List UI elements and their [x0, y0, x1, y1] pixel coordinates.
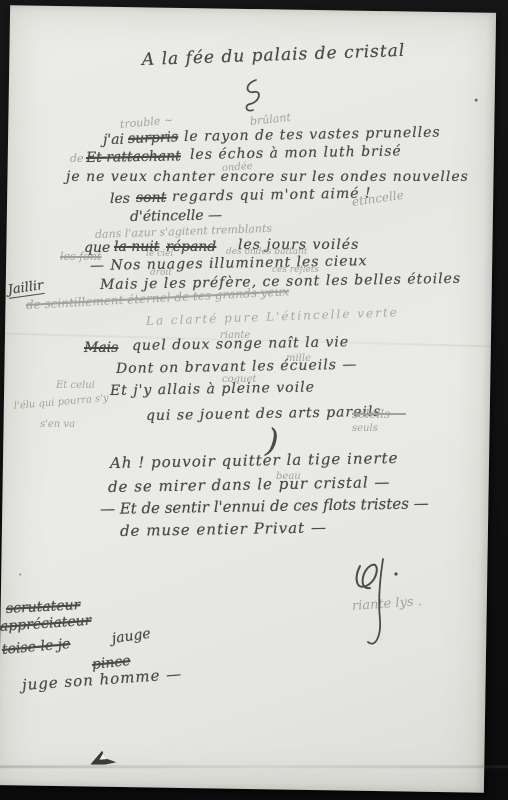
manuscript-line: soleils — — [352, 408, 406, 420]
manuscript-line: s'en va — [40, 420, 75, 430]
manuscript-line: Mais — [84, 341, 118, 355]
manuscript-line: Et rattachant — [86, 149, 181, 165]
paper-tear — [90, 751, 116, 765]
dust-speck — [19, 573, 21, 575]
manuscript-line: les échos à mon luth brisé — [190, 144, 402, 162]
manuscript-line: je ne veux chanter encore sur les ondes … — [66, 170, 469, 184]
manuscript-line: surpris — [128, 130, 179, 146]
manuscript-line: Et j'y allais à pleine voile — [110, 380, 315, 398]
paper-fold-line — [0, 765, 508, 768]
signature-monogram-icon — [346, 554, 412, 656]
manuscript-line: de muse entier Privat — — [120, 520, 327, 539]
manuscript-line: qui se jouent des arts pareils — [146, 405, 382, 423]
manuscript-line: Et celui — [56, 381, 95, 391]
manuscript-line: j'ai — [103, 133, 124, 147]
dust-speck — [475, 99, 478, 102]
manuscript-line: répand — [166, 240, 216, 254]
manuscript-line: les — [110, 192, 130, 206]
manuscript-line: sont — [136, 191, 166, 205]
manuscript-photo: A la fée du palais de cristaltrouble ~br… — [0, 0, 508, 800]
title-paraph-icon — [234, 76, 270, 118]
manuscript-line: d'étincelle — — [130, 208, 222, 224]
manuscript-line: regards qui m'ont aimé ! — [172, 187, 372, 204]
manuscript-line: de — [70, 153, 84, 164]
manuscript-line: quel doux songe naît la vie — [132, 335, 349, 353]
manuscript-line: seuls — [352, 424, 378, 434]
